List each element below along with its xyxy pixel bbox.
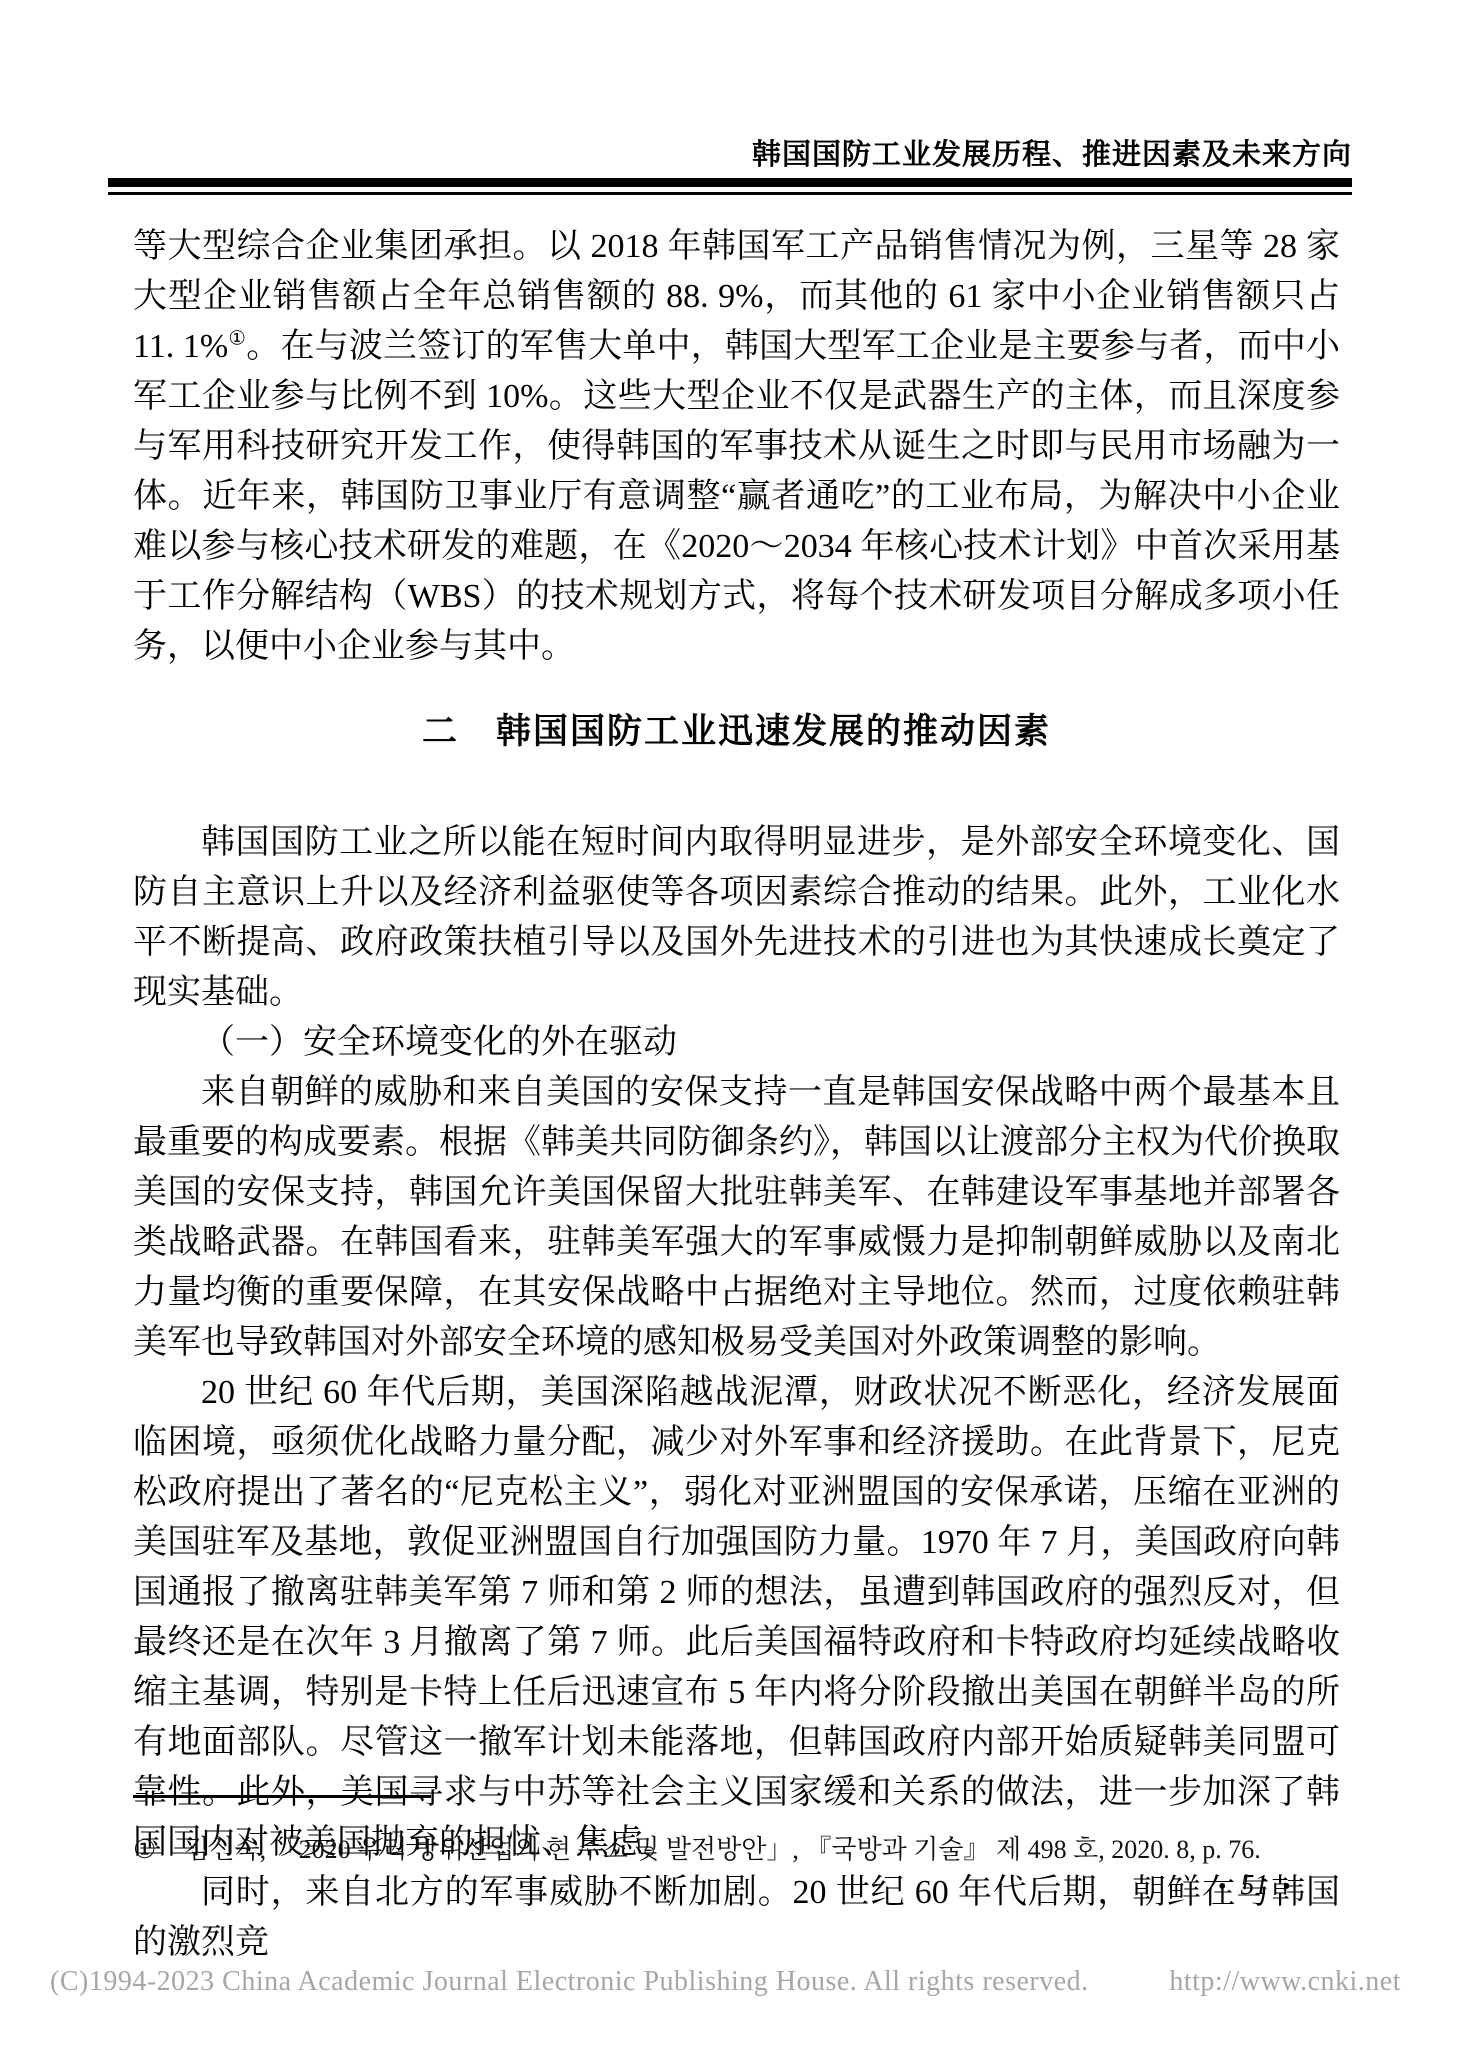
footnote-divider	[133, 1795, 431, 1798]
subsection-heading-1: （一）安全环境变化的外在驱动	[133, 1018, 1340, 1068]
footnote-text: 김신숙, 「2020 우리 방위산업의 현 주소 및 발전방안」, 『국방과 기…	[184, 1835, 1260, 1864]
document-page: 韩国国防工业发展历程、推进因素及未来方向 等大型综合企业集团承担。以 2018 …	[0, 0, 1457, 2048]
paragraph: 20 世纪 60 年代后期，美国深陷越战泥潭，财政状况不断恶化，经济发展面临困境…	[133, 1368, 1340, 1868]
paragraph-continuation: 等大型综合企业集团承担。以 2018 年韩国军工产品销售情况为例，三星等 28 …	[133, 222, 1340, 672]
running-header-title: 韩国国防工业发展历程、推进因素及未来方向	[110, 138, 1352, 172]
page-number-left-dot: •	[1218, 1874, 1226, 1900]
footnote: ①김신숙, 「2020 우리 방위산업의 현 주소 및 발전방안」, 『국방과 …	[133, 1833, 1273, 1867]
footnote-reference-1: ①	[228, 328, 246, 350]
page-number-right-dot: •	[1282, 1874, 1290, 1900]
footer-copyright: (C)1994-2023 China Academic Journal Elec…	[50, 1966, 1089, 1998]
header-rule-thick	[108, 178, 1352, 187]
footer-url: http://www.cnki.net	[1169, 1966, 1401, 1998]
body-text: 等大型综合企业集团承担。以 2018 年韩国军工产品销售情况为例，三星等 28 …	[133, 222, 1340, 1968]
page-number-value: 51	[1240, 1870, 1268, 1901]
footer: (C)1994-2023 China Academic Journal Elec…	[50, 1966, 1401, 1998]
paragraph: 同时，来自北方的军事威胁不断加剧。20 世纪 60 年代后期，朝鲜在与韩国的激烈…	[133, 1868, 1340, 1968]
footnote-marker: ①	[133, 1835, 156, 1864]
page-number: •51•	[1218, 1870, 1291, 1903]
paragraph-text: 。在与波兰签订的军售大单中，韩国大型军工企业是主要参与者，而中小军工企业参与比例…	[133, 328, 1340, 665]
paragraph: 来自朝鲜的威胁和来自美国的安保支持一直是韩国安保战略中两个最基本且最重要的构成要…	[133, 1068, 1340, 1368]
section-heading-2: 二 韩国国防工业迅速发展的推动因素	[133, 712, 1340, 752]
header-rule-thin	[108, 192, 1352, 195]
paragraph: 韩国国防工业之所以能在短时间内取得明显进步，是外部安全环境变化、国防自主意识上升…	[133, 818, 1340, 1018]
